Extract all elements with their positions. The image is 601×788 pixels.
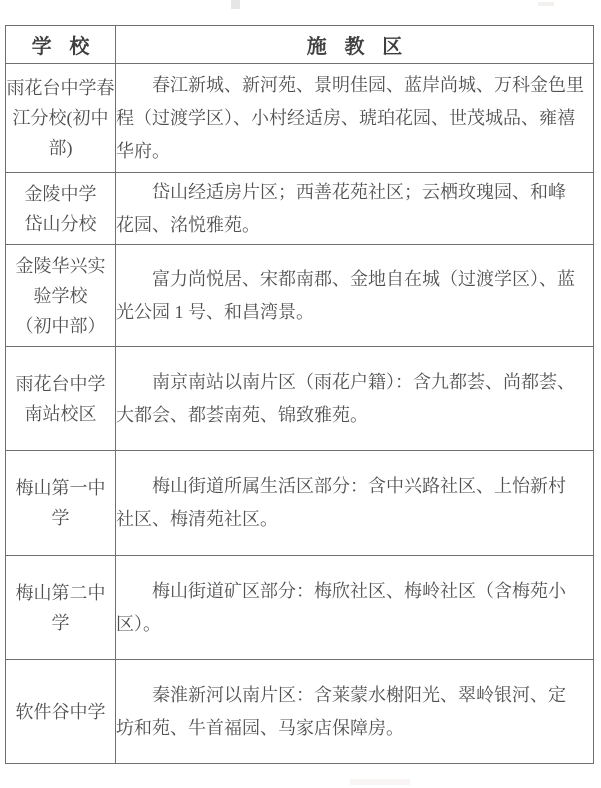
table-row: 雨花台中学春 江分校(初中 部) 春江新城、新河苑、景明佳园、蓝岸尚城、万科金色… (6, 64, 594, 173)
school-cell: 雨花台中学 南站校区 (6, 347, 116, 451)
district-cell: 南京南站以南片区（雨花户籍）：含九都荟、尚都荟、 大都会、都荟南苑、锦致雅苑。 (116, 347, 594, 451)
table-row: 软件谷中学 秦淮新河以南片区：含莱蒙水榭阳光、翠岭银河、定 坊和苑、牛首福园、马… (6, 660, 594, 764)
table-row: 雨花台中学 南站校区 南京南站以南片区（雨花户籍）：含九都荟、尚都荟、 大都会、… (6, 347, 594, 451)
header-district: 施 教 区 (116, 26, 594, 64)
school-cell: 金陵华兴实 验学校 （初中部） (6, 245, 116, 347)
school-cell: 金陵中学 岱山分校 (6, 173, 116, 245)
header-school: 学 校 (6, 26, 116, 64)
district-cell: 富力尚悦居、宋都南郡、金地自在城（过渡学区）、蓝 光公园 1 号、和昌湾景。 (116, 245, 594, 347)
scan-artifact (538, 2, 554, 6)
table-row: 金陵中学 岱山分校 岱山经适房片区；西善花苑社区；云栖玫瑰园、和峰 花园、洺悦雅… (6, 173, 594, 245)
district-cell: 梅山街道矿区部分：梅欣社区、梅岭社区（含梅苑小 区）。 (116, 556, 594, 660)
school-cell: 梅山第二中 学 (6, 556, 116, 660)
document-page: 学 校 施 教 区 雨花台中学春 江分校(初中 部) 春江新城、新河苑、景明佳园… (0, 0, 601, 788)
school-cell: 软件谷中学 (6, 660, 116, 764)
school-cell: 雨花台中学春 江分校(初中 部) (6, 64, 116, 173)
district-cell: 梅山街道所属生活区部分：含中兴路社区、上怡新村 社区、梅清苑社区。 (116, 451, 594, 556)
district-cell: 岱山经适房片区；西善花苑社区；云栖玫瑰园、和峰 花园、洺悦雅苑。 (116, 173, 594, 245)
table-header-row: 学 校 施 教 区 (6, 26, 594, 64)
table-row: 梅山第一中 学 梅山街道所属生活区部分：含中兴路社区、上怡新村 社区、梅清苑社区… (6, 451, 594, 556)
scan-artifact (231, 0, 240, 9)
district-cell: 春江新城、新河苑、景明佳园、蓝岸尚城、万科金色里 程（过渡学区）、小村经适房、琥… (116, 64, 594, 173)
district-cell: 秦淮新河以南片区：含莱蒙水榭阳光、翠岭银河、定 坊和苑、牛首福园、马家店保障房。 (116, 660, 594, 764)
scan-artifact (350, 779, 410, 785)
table-row: 梅山第二中 学 梅山街道矿区部分：梅欣社区、梅岭社区（含梅苑小 区）。 (6, 556, 594, 660)
school-district-table: 学 校 施 教 区 雨花台中学春 江分校(初中 部) 春江新城、新河苑、景明佳园… (5, 25, 594, 764)
table-row: 金陵华兴实 验学校 （初中部） 富力尚悦居、宋都南郡、金地自在城（过渡学区）、蓝… (6, 245, 594, 347)
school-cell: 梅山第一中 学 (6, 451, 116, 556)
